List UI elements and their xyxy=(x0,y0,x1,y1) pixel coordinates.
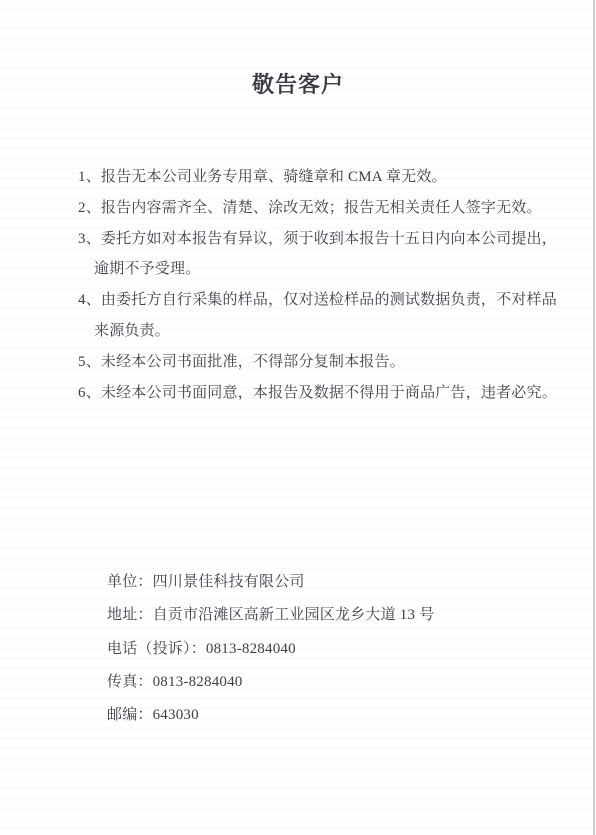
contact-value: 643030 xyxy=(153,707,199,723)
notice-item: 1、报告无本公司业务专用章、骑缝章和 CMA 章无效。 xyxy=(0,162,566,193)
contact-label: 邮编： xyxy=(107,707,153,723)
notice-item-number: 6、 xyxy=(78,385,101,401)
notice-item: 5、未经本公司书面批准，不得部分复制本报告。 xyxy=(0,347,566,378)
contact-row-fax: 传真：0813-8284040 xyxy=(107,666,434,699)
contact-block: 单位：四川景佳科技有限公司 地址：自贡市沿滩区高新工业园区龙乡大道 13 号 电… xyxy=(107,566,434,732)
contact-value: 四川景佳科技有限公司 xyxy=(153,574,305,590)
notice-item-text: 由委托方自行采集的样品，仅对送检样品的测试数据负责，不对样品来源负责。 xyxy=(94,292,557,339)
notice-item-number: 4、 xyxy=(78,292,101,308)
contact-label: 单位： xyxy=(107,574,153,590)
contact-value: 0813-8284040 xyxy=(206,641,296,657)
contact-row-address: 地址：自贡市沿滩区高新工业园区龙乡大道 13 号 xyxy=(107,599,434,632)
contact-label: 传真： xyxy=(107,674,153,690)
notice-item-text: 委托方如对本报告有异议，须于收到本报告十五日内向本公司提出，逾期不予受理。 xyxy=(94,231,557,278)
notice-item: 6、未经本公司书面同意，本报告及数据不得用于商品广告，违者必究。 xyxy=(0,378,566,409)
contact-value: 0813-8284040 xyxy=(153,674,243,690)
contact-label: 电话（投诉）： xyxy=(107,641,206,657)
notice-item: 2、报告内容需齐全、清楚、涂改无效；报告无相关责任人签字无效。 xyxy=(0,193,566,224)
notice-item-text: 未经本公司书面批准，不得部分复制本报告。 xyxy=(101,354,405,370)
notice-item-number: 5、 xyxy=(78,354,101,370)
notice-item: 3、委托方如对本报告有异议，须于收到本报告十五日内向本公司提出，逾期不予受理。 xyxy=(0,224,566,286)
contact-value: 自贡市沿滩区高新工业园区龙乡大道 13 号 xyxy=(153,607,435,623)
page-title: 敬告客户 xyxy=(0,68,596,99)
notice-item-text: 报告无本公司业务专用章、骑缝章和 CMA 章无效。 xyxy=(101,169,447,185)
notice-item-number: 2、 xyxy=(78,200,101,216)
contact-row-postcode: 邮编：643030 xyxy=(107,699,434,732)
contact-row-phone: 电话（投诉）：0813-8284040 xyxy=(107,633,434,666)
notice-item-text: 未经本公司书面同意，本报告及数据不得用于商品广告，违者必究。 xyxy=(101,385,557,401)
page-edge-line xyxy=(593,0,595,835)
notice-list: 1、报告无本公司业务专用章、骑缝章和 CMA 章无效。 2、报告内容需齐全、清楚… xyxy=(0,162,566,408)
notice-item-number: 3、 xyxy=(78,231,101,247)
contact-row-company: 单位：四川景佳科技有限公司 xyxy=(107,566,434,599)
notice-item: 4、由委托方自行采集的样品，仅对送检样品的测试数据负责，不对样品来源负责。 xyxy=(0,285,566,347)
notice-item-number: 1、 xyxy=(78,169,101,185)
contact-label: 地址： xyxy=(107,607,153,623)
notice-item-text: 报告内容需齐全、清楚、涂改无效；报告无相关责任人签字无效。 xyxy=(101,200,542,216)
